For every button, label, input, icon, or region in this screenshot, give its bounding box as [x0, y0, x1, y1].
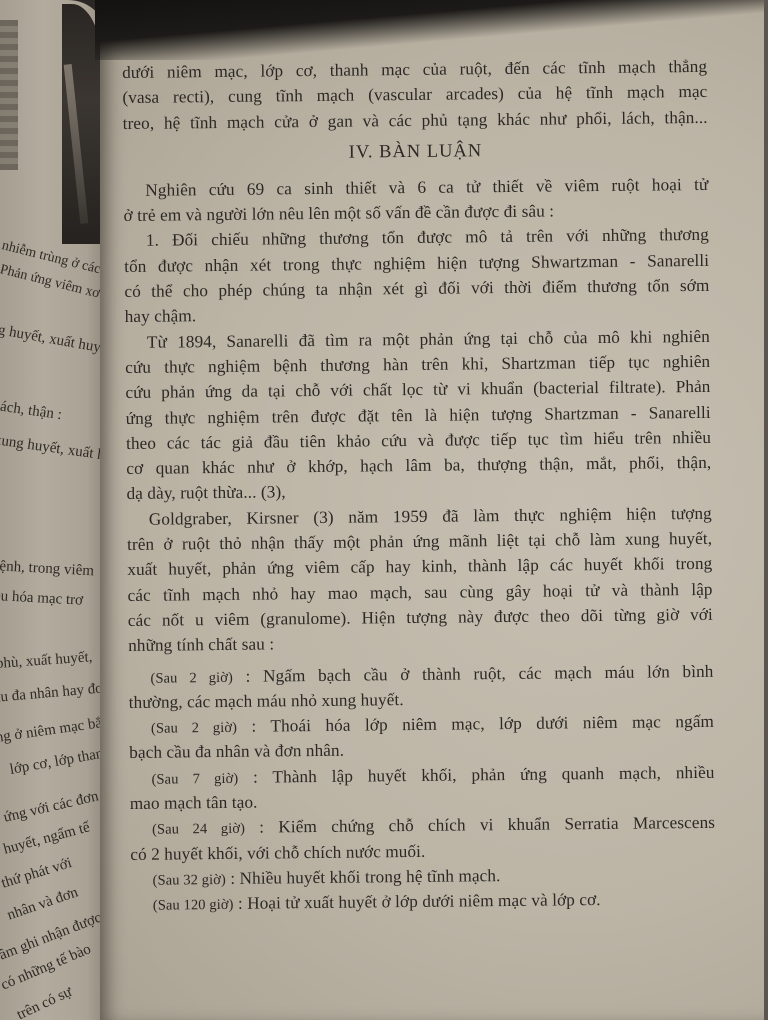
timeline-text: : Nhiều huyết khối trong hệ tĩnh mạch. — [230, 866, 500, 888]
time-label: (Sau 24 giờ) — [152, 821, 245, 838]
left-fragment: ều hóa mạc trơ — [0, 588, 83, 610]
left-fragment: huyết, ngấm tế — [2, 819, 92, 858]
time-label: (Sau 2 giờ) — [150, 669, 233, 686]
left-fragment: bệnh, trong viêm — [0, 558, 94, 580]
timeline-entry: (Sau 120 giờ) : Hoại tử xuất huyết ở lớp… — [131, 886, 716, 917]
left-fragment: g huyết, xuất huyết, — [0, 322, 108, 359]
timeline-text: : Kiểm chứng chỗ chích vi khuẩn Serratia… — [259, 813, 715, 837]
timeline-text: : Ngấm bạch cầu ở thành ruột, các mạch m… — [245, 661, 713, 685]
time-label: (Sau 7 giờ) — [151, 771, 238, 788]
left-page-photo — [62, 4, 102, 244]
time-label: (Sau 2 giờ) — [151, 720, 237, 737]
time-label: (Sau 120 giờ) — [153, 897, 234, 914]
section-heading: IV. BÀN LUẬN — [123, 132, 708, 172]
left-fragment: trên có sự — [14, 984, 75, 1020]
page-edge — [764, 0, 768, 1020]
left-page-photo-strip — [0, 20, 18, 170]
left-fragment: nhân và đơn — [5, 884, 80, 924]
time-label: (Sau 32 giờ) — [153, 872, 226, 889]
left-fragment: ng ở niêm mạc bắt — [0, 715, 107, 747]
left-fragment: lớp cơ, lớp thanh — [9, 744, 108, 778]
right-page: dưới niêm mạc, lớp cơ, thanh mạc của ruộ… — [100, 0, 768, 1020]
left-fragment: thứ phát với — [0, 855, 74, 893]
timeline-text: : Thoái hóa lớp niêm mạc, lớp dưới niêm … — [251, 712, 714, 736]
left-page: nhiễm trùng ở các Phản ứng viêm xơ g huy… — [0, 0, 108, 1020]
timeline-text: : Thành lập huyết khối, phản ứng quanh m… — [253, 763, 715, 787]
page-text: dưới niêm mạc, lớp cơ, thanh mạc của ruộ… — [122, 54, 716, 918]
left-fragment: ầu đa nhân hay đơn — [0, 680, 108, 707]
left-fragment: xung huyết, xuất huyết, — [0, 432, 108, 468]
left-fragment: lách, thận : — [0, 398, 63, 424]
timeline-text: : Hoại tử xuất huyết ở lớp dưới niêm mạc… — [238, 890, 601, 913]
text-line: treo, hệ tĩnh mạch cửa ở gan và các phủ … — [123, 104, 708, 135]
left-fragment: phù, xuất huyết, — [0, 649, 93, 673]
